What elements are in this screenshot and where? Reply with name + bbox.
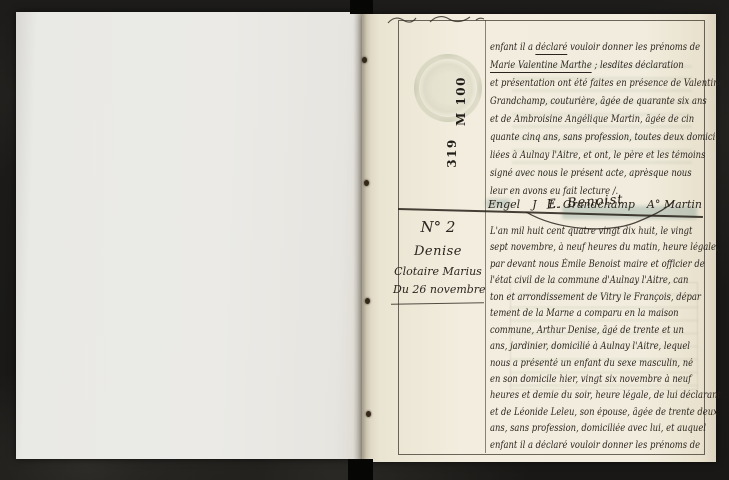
stitch-hole <box>364 180 369 186</box>
previous-act-text: enfant il a déclaré vouloir donner les p… <box>490 42 702 204</box>
act-line-text: ; lesdites déclaration <box>592 60 684 71</box>
top-spine-tab <box>350 0 373 14</box>
act-line: enfant il a déclaré vouloir donner les p… <box>490 440 668 456</box>
stitch-hole <box>365 298 370 304</box>
register-scan: M 100 319 N° 2 Denise Clotaire Marius Du… <box>0 0 729 480</box>
stitch-hole <box>362 57 367 63</box>
act-line: commune, Arthur Denise, âgé de trente et… <box>490 325 668 341</box>
faded-round-seal <box>414 54 482 122</box>
act-line: et de Léonide Leleu, son épouse, âgée de… <box>490 407 668 423</box>
act-line: heures et demie du soir, heure légale, d… <box>490 390 668 406</box>
act-line: Marie Valentine Marthe ; lesdites déclar… <box>490 60 668 78</box>
underlined-child-names: Marie Valentine Marthe <box>490 60 592 73</box>
act-line: nous a présenté un enfant du sexe mascul… <box>490 358 668 374</box>
margin-column-rule <box>485 20 486 453</box>
act-line: et présentation ont été faites en présen… <box>490 78 668 96</box>
underlined-word: déclaré <box>536 42 568 55</box>
act-line: ans, jardinier, domicilié à Aulnay l'Ait… <box>490 341 668 357</box>
act-line: en son domicile hier, vingt six novembre… <box>490 374 668 390</box>
act-line: L'an mil huit cent quatre vingt dix huit… <box>490 226 668 242</box>
archive-code-stamp: M 100 <box>454 66 468 136</box>
act-line: ton et arrondissement de Vitry le Franço… <box>490 292 668 308</box>
margin-surname: Denise <box>393 244 483 259</box>
act-line: quante cinq ans, sans profession, toutes… <box>490 132 668 150</box>
margin-given-names: Clotaire Marius <box>393 265 483 278</box>
current-act-text: L'an mil huit cent quatre vingt dix huit… <box>490 226 702 456</box>
folio-number-stamp: 319 <box>445 131 459 175</box>
act-line: signé avec nous le présent acte, aprèsqu… <box>490 168 668 186</box>
left-page-blank <box>16 12 362 459</box>
act-line: ans, sans profession, domiciliée avec lu… <box>490 423 668 439</box>
right-page: M 100 319 N° 2 Denise Clotaire Marius Du… <box>362 14 716 462</box>
margin-date: Du 26 novembre <box>393 283 483 296</box>
act-line: tement de la Marne a comparu en la maiso… <box>490 308 668 324</box>
act-line: par devant nous Émile Benoist maire et o… <box>490 259 668 275</box>
act-line-text: enfant il a <box>490 42 536 53</box>
act-line: l'état civil de la commune d'Aulnay l'Ai… <box>490 275 668 291</box>
stitch-hole <box>366 411 371 417</box>
bottom-spine-tab <box>348 459 373 480</box>
act-line: et de Ambroisine Angélique Martin, âgée … <box>490 114 668 132</box>
binding-gutter-shadow <box>353 12 371 462</box>
act-line: liées à Aulnay l'Aitre, et ont, le père … <box>490 150 668 168</box>
act-line: Grandchamp, couturière, âgée de quarante… <box>490 96 668 114</box>
act-line: enfant il a déclaré vouloir donner les p… <box>490 42 668 60</box>
margin-act-number: N° 2 <box>393 218 483 236</box>
act-line: sept novembre, à neuf heures du matin, h… <box>490 242 668 258</box>
act-line-text: vouloir donner les prénoms de <box>567 42 700 53</box>
